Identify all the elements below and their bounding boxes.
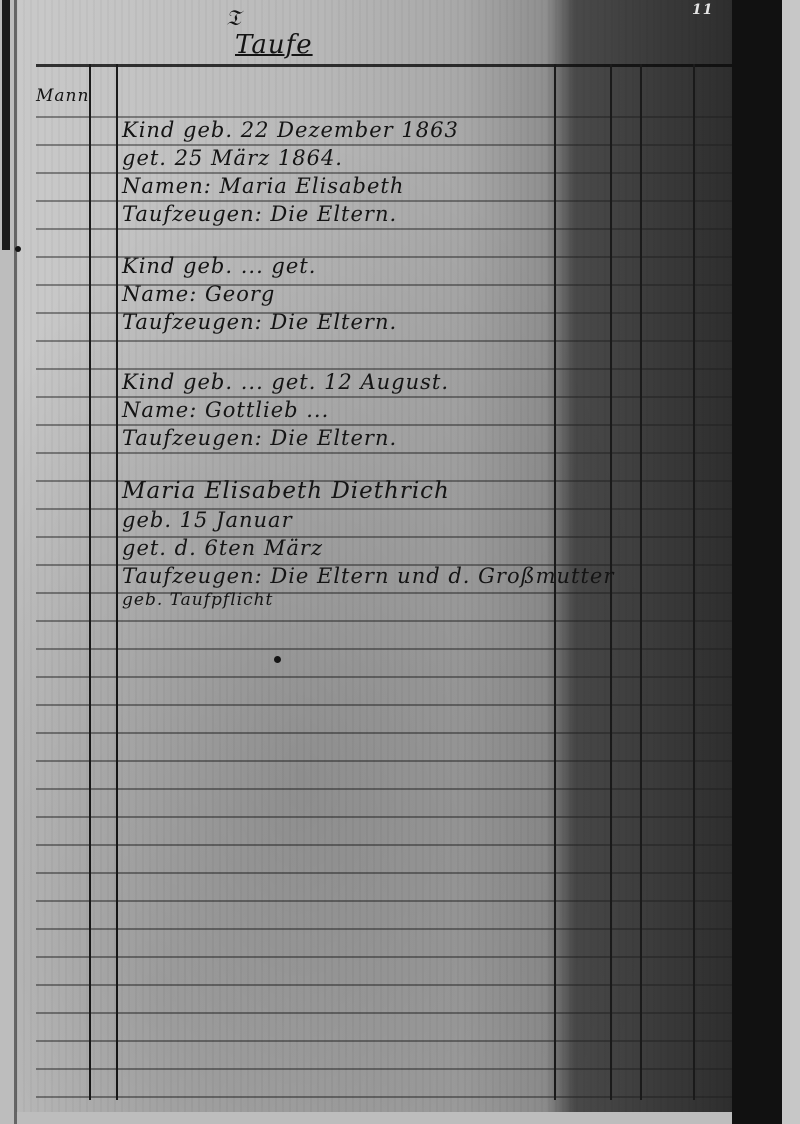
entry-line: Taufzeugen: Die Eltern. [122,310,397,334]
binding-edge [14,0,17,1124]
entry-line: Kind geb. 22 Dezember 1863 [122,118,459,142]
page-title: Taufe [235,30,313,60]
header-flourish: 𝔗 [226,6,242,31]
entry-line: Taufzeugen: Die Eltern. [122,202,397,226]
entry-line: geb. Taufpflicht [122,590,273,610]
entry-line: Kind geb. ... get. [122,254,316,278]
entry-line: Name: Georg [122,282,275,306]
column-divider-6 [693,64,695,1100]
column-divider-1 [89,64,91,1100]
column-label: Mann [36,86,89,106]
page-number: 11 [692,2,713,18]
scan-shadow-strip [732,0,782,1124]
column-divider-2 [116,64,118,1100]
entry-line: Namen: Maria Elisabeth [122,174,404,198]
entry-line: geb. 15 Januar [122,508,293,532]
entry-line: Kind geb. ... get. 12 August. [122,370,449,394]
ink-blot [15,246,21,252]
ink-blot [274,656,281,663]
entry-line: Taufzeugen: Die Eltern und d. Großmutter [122,564,614,588]
entry-line: Taufzeugen: Die Eltern. [122,426,397,450]
column-divider-5 [640,64,642,1100]
entry-line: Name: Gottlieb ... [122,398,329,422]
entry-line: get. 25 März 1864. [122,146,343,170]
scan-margin [782,0,800,1124]
entry-line: get. d. 6ten März [122,536,323,560]
binding-shadow [2,0,10,250]
entry-line: Maria Elisabeth Diethrich [122,478,450,504]
